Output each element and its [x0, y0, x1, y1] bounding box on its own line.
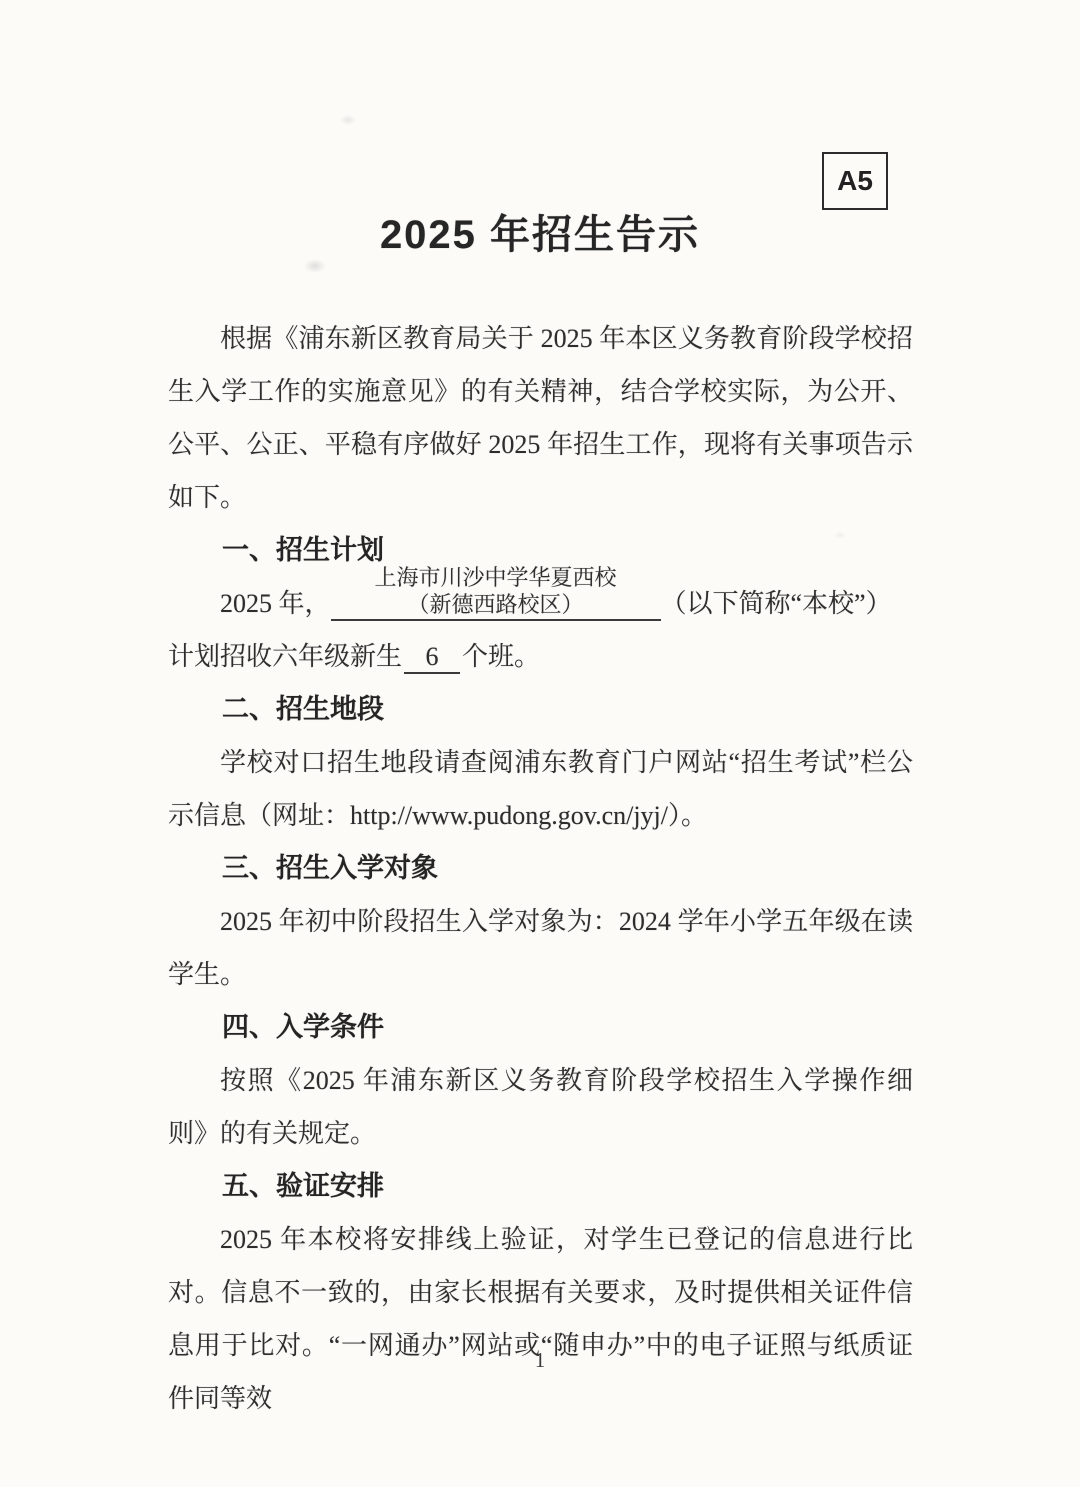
document-page: A5 2025 年招生告示 根据《浦东新区教育局关于 2025 年本区义务教育阶… [0, 0, 1080, 1487]
section-plan-school-line: 2025 年，上海市川沙中学华夏西校（新德西路校区）（以下简称“本校”） [168, 577, 913, 630]
section-verification-heading: 五、验证安排 [168, 1160, 913, 1213]
page-number: 1 [0, 1348, 1080, 1373]
section-targets-paragraph: 2025 年初中阶段招生入学对象为：2024 学年小学五年级在读学生。 [168, 895, 913, 1001]
section-verification-paragraph: 2025 年本校将安排线上验证，对学生已登记的信息进行比对。信息不一致的，由家长… [168, 1213, 913, 1425]
intro-paragraph: 根据《浦东新区教育局关于 2025 年本区义务教育阶段学校招生入学工作的实施意见… [168, 312, 913, 524]
document-body: 根据《浦东新区教育局关于 2025 年本区义务教育阶段学校招生入学工作的实施意见… [0, 312, 1080, 1425]
document-title: 2025 年招生告示 [0, 0, 1080, 258]
school-name-line1: 上海市川沙中学华夏西校 [331, 564, 661, 592]
classes-prefix: 计划招收六年级新生 [168, 642, 402, 671]
section-conditions-heading: 四、入学条件 [168, 1001, 913, 1054]
section-conditions-paragraph: 按照《2025 年浦东新区义务教育阶段学校招生入学操作细则》的有关规定。 [168, 1054, 913, 1160]
plan-line-suffix: （以下简称“本校”） [661, 589, 892, 618]
section-district-heading: 二、招生地段 [168, 683, 913, 736]
school-name-blank: 上海市川沙中学华夏西校（新德西路校区） [331, 591, 661, 621]
page-size-label: A5 [837, 165, 873, 197]
page-size-badge: A5 [822, 152, 888, 210]
section-targets-heading: 三、招生入学对象 [168, 842, 913, 895]
section-district-paragraph: 学校对口招生地段请查阅浦东教育门户网站“招生考试”栏公示信息（网址：http:/… [168, 736, 913, 842]
plan-line-prefix: 2025 年， [220, 589, 331, 618]
section-plan-classes-line: 计划招收六年级新生6个班。 [168, 630, 913, 683]
classes-count-blank: 6 [404, 642, 460, 674]
school-name-line2: （新德西路校区） [408, 592, 584, 617]
classes-suffix: 个班。 [462, 642, 540, 671]
